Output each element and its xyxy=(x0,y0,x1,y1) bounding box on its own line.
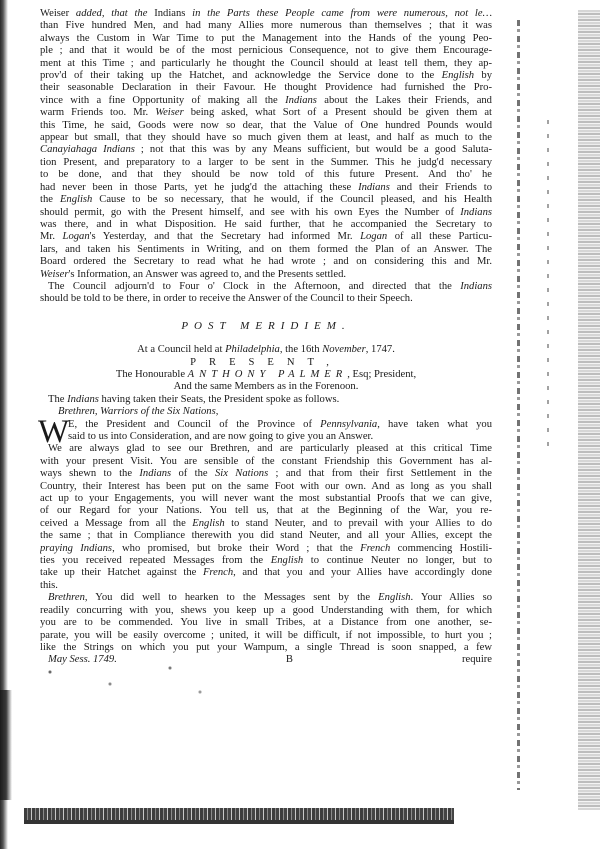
text-line: than Five hundred Men, and had many Alli… xyxy=(40,20,492,32)
present-label: PRESENT, xyxy=(40,357,492,369)
text-line: praying Indians, who promised, but broke… xyxy=(40,543,492,555)
text-line: We are always glad to see our Brethren, … xyxy=(40,443,492,455)
text-line: was there, and in what Disposition. He s… xyxy=(40,219,492,231)
text-line: this Time, he said, Goods were now so de… xyxy=(40,120,492,132)
text-line: said to us into Consideration, and are n… xyxy=(68,431,492,443)
document-body: Weiser added, that the Indians in the Pa… xyxy=(40,8,492,667)
page-footer: May Sess. 1749. B require xyxy=(40,654,492,666)
scanned-page: Weiser added, that the Indians in the Pa… xyxy=(0,0,600,849)
text-line: take up their Hatchet against the French… xyxy=(40,567,492,579)
text-line: the same ; that in Compliance therewith … xyxy=(40,530,492,542)
scan-bottom-edge-shadow xyxy=(24,808,454,824)
text-line: The Council adjourn'd to Four o' Clock i… xyxy=(40,281,492,293)
text-line: should permit, go with the Present himse… xyxy=(40,207,492,219)
text-line: prov'd of their taking up the Hatchet, a… xyxy=(40,70,492,82)
text-line: Weiser added, that the Indians in the Pa… xyxy=(40,8,492,20)
members-line: And the same Members as in the Forenoon. xyxy=(40,381,492,393)
text-line: readily concurring with you, shews you k… xyxy=(40,605,492,617)
drop-cap: W xyxy=(38,418,69,446)
text-line: appear but small, that they should have … xyxy=(40,132,492,144)
text-line: Board ordered the Secretary to read what… xyxy=(40,256,492,268)
session-label: May Sess. 1749. xyxy=(40,654,117,666)
speech-first-lines: E, the President and Council of the Prov… xyxy=(40,419,492,444)
address-line: Brethren, Warriors of the Six Nations, xyxy=(40,406,492,418)
adjournment-paragraph: The Council adjourn'd to Four o' Clock i… xyxy=(40,281,492,306)
text-line: act up to your Engagements, you will nev… xyxy=(40,493,492,505)
scan-right-edge-pages xyxy=(578,10,600,810)
text-line: Mr. Logan's Yesterday, and that the Secr… xyxy=(40,231,492,243)
council-line: At a Council held at Philadelphia, the 1… xyxy=(40,344,492,356)
president-name: ANTHONY PALMER xyxy=(188,369,348,380)
text-line: always the Custom in War Time to put the… xyxy=(40,33,492,45)
text-line: ties you received repeated Messages from… xyxy=(40,555,492,567)
opening-paragraph: Weiser added, that the Indians in the Pa… xyxy=(40,8,492,281)
seating-line: The Indians having taken their Seats, th… xyxy=(40,394,492,406)
text-line: ceived a Message from all the English to… xyxy=(40,518,492,530)
scan-gutter-artifact-secondary xyxy=(547,120,549,450)
text-line: E, the President and Council of the Prov… xyxy=(68,419,492,431)
text-line: of our Regard for your Nations. You tell… xyxy=(40,505,492,517)
text-line: had never been in those Parts, yet he ju… xyxy=(40,182,492,194)
place-name: Philadelphia xyxy=(225,344,280,355)
text-line: with your present Visit. You are sensibl… xyxy=(40,456,492,468)
text-line: warm Friends too. Mr. Weiser being asked… xyxy=(40,107,492,119)
text-line: you are to be commended. You live in sma… xyxy=(40,617,492,629)
scan-left-edge-binding xyxy=(0,690,12,800)
text-line: like the Strings on which you put your W… xyxy=(40,642,492,654)
speech-paragraph-1: We are always glad to see our Brethren, … xyxy=(40,443,492,592)
speech-opening: W E, the President and Council of the Pr… xyxy=(40,419,492,444)
president-line: The Honourable ANTHONY PALMER, Esq; Pres… xyxy=(40,369,492,381)
text-line: should be told to be there, in order to … xyxy=(40,293,492,305)
text-line: this. xyxy=(40,580,492,592)
text-line: Weiser's Information, an Answer was agre… xyxy=(40,269,492,281)
catchword: require xyxy=(462,654,492,666)
text-line: Brethren, You did well to hearken to the… xyxy=(40,592,492,604)
speech-paragraph-2: Brethren, You did well to hearken to the… xyxy=(40,592,492,654)
text-line: Country, their Interest has been put on … xyxy=(40,481,492,493)
text-line: ways shewn to the Indians of the Six Nat… xyxy=(40,468,492,480)
signature-mark: B xyxy=(286,654,293,666)
section-heading: POST MERIDIEM. xyxy=(40,320,492,332)
month-name: November xyxy=(322,344,366,355)
text-line: vince with a fine Opportunity of making … xyxy=(40,95,492,107)
text-line: tion Present, and preparatory to a large… xyxy=(40,157,492,169)
text-line: parate, you will be easily overcome ; un… xyxy=(40,630,492,642)
text-line: the English Cause to be so necessary, th… xyxy=(40,194,492,206)
scan-gutter-artifact xyxy=(517,20,520,790)
text-line: to be done, and that they should be now … xyxy=(40,169,492,181)
text-line: ple ; and that it would be of the most p… xyxy=(40,45,492,57)
text-line: Canayiahaga Indians ; not that this was … xyxy=(40,144,492,156)
text-line: lars, and taken his Sentiments in Writin… xyxy=(40,244,492,256)
text-line: ment at this Time ; and particularly he … xyxy=(40,58,492,70)
text-line: their seasonable Declaration in their Fa… xyxy=(40,82,492,94)
